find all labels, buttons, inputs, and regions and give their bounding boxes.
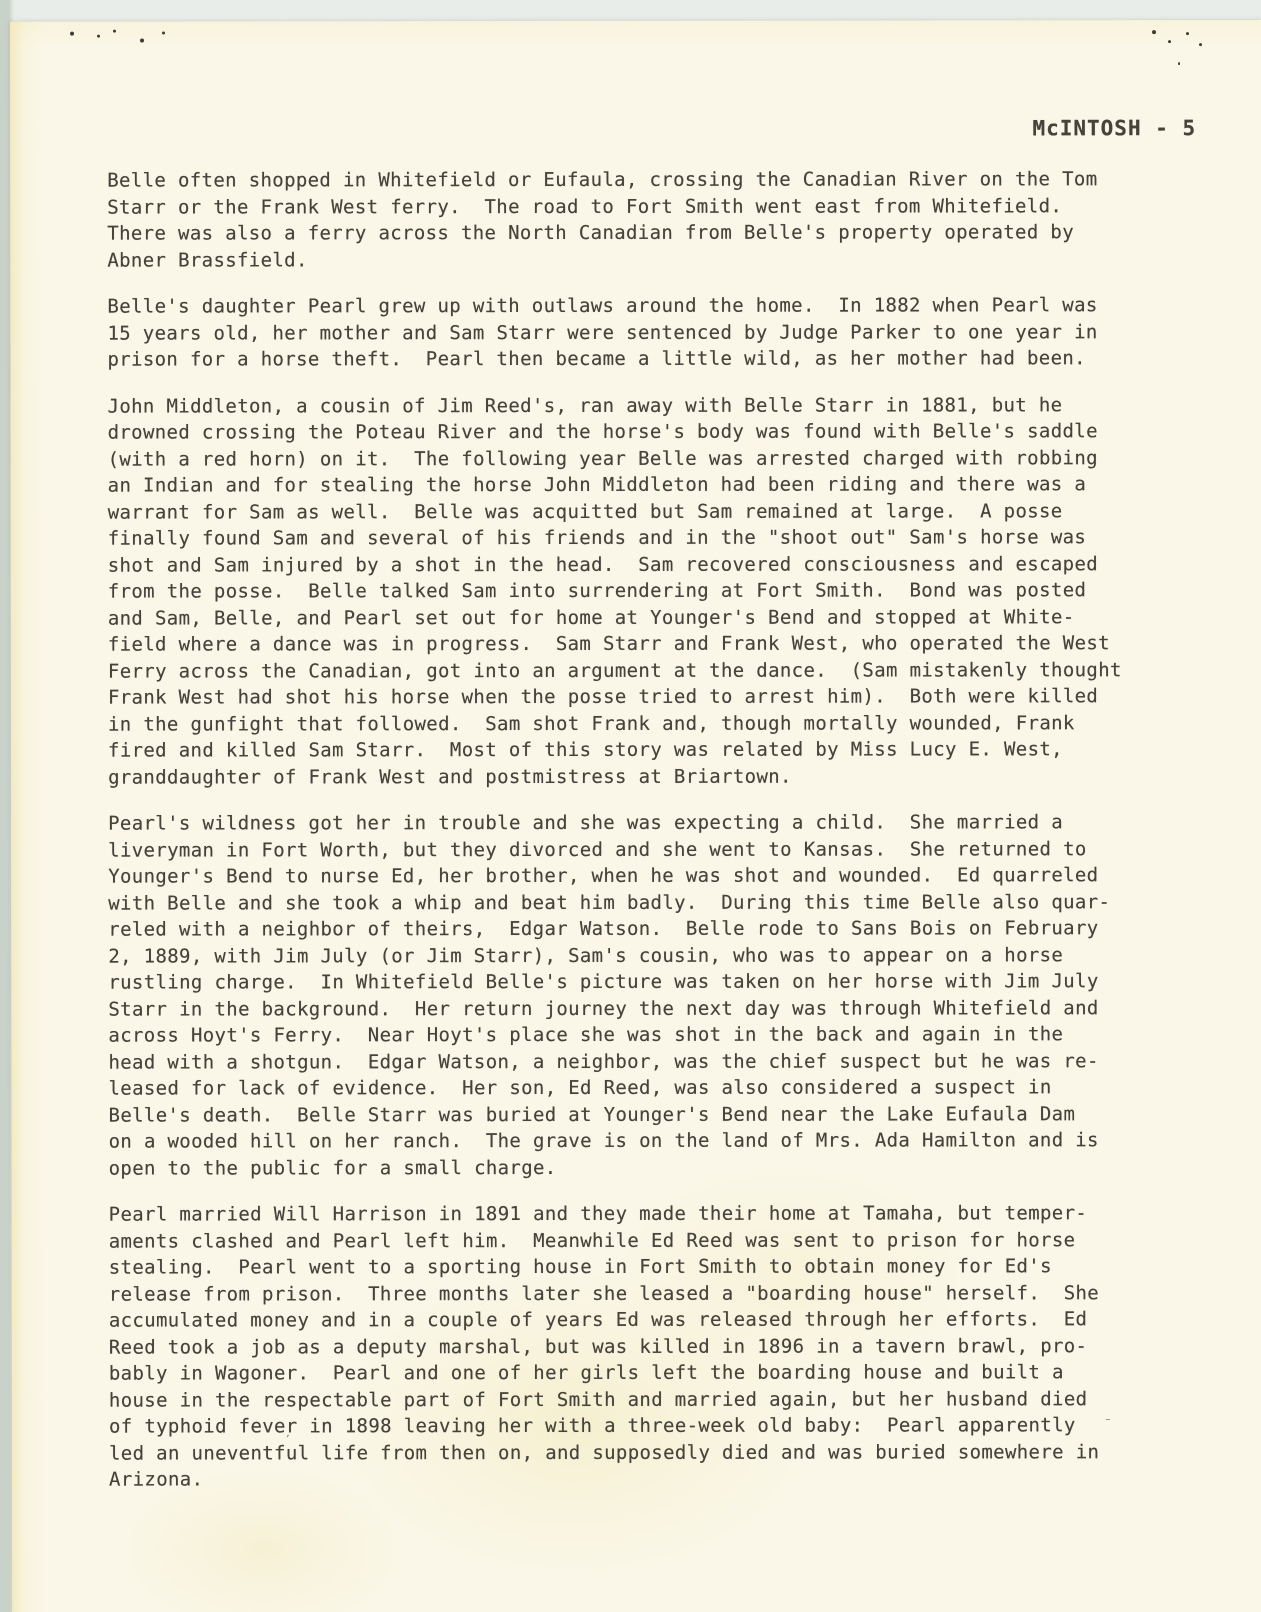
scan-speckle (162, 32, 165, 35)
paragraph-john-middleton: John Middleton, a cousin of Jim Reed's, … (108, 392, 1199, 791)
paragraph-pearls-wildness: Pearl's wildness got her in trouble and … (108, 809, 1199, 1182)
scan-speckle (140, 39, 144, 43)
paragraph-pearl-grew-up: Belle's daughter Pearl grew up with outl… (107, 292, 1197, 373)
paragraph-pearl-married: Pearl married Will Harrison in 1891 and … (109, 1200, 1199, 1493)
scan-speckle (1168, 40, 1171, 43)
document-page: ′ ⁻ McINTOSH - 5 Belle often shopped in … (10, 20, 1261, 1612)
scan-speckle (113, 30, 116, 33)
paragraph-belle-shopping: Belle often shopped in Whitefield or Euf… (107, 166, 1197, 274)
scan-speckle (1178, 62, 1180, 65)
scan-speckle (1199, 43, 1202, 46)
document-body: Belle often shopped in Whitefield or Euf… (107, 166, 1199, 1493)
scan-speckle (1152, 30, 1156, 34)
scan-speckle (70, 32, 74, 36)
scan-speckle (97, 35, 100, 38)
page-header: McINTOSH - 5 (1032, 116, 1196, 140)
scan-speckle (1186, 32, 1189, 35)
